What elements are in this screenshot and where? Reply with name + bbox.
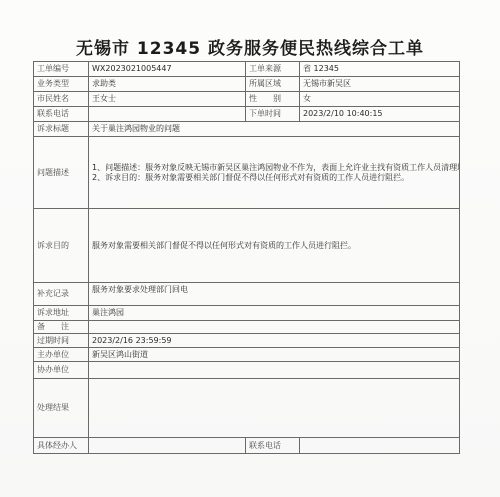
value-lead-unit: 新吴区鸿山街道 bbox=[89, 348, 460, 362]
value-processing-result bbox=[89, 379, 460, 438]
value-assisting-unit bbox=[89, 362, 460, 379]
label-assisting-unit: 协办单位 bbox=[34, 362, 89, 379]
row-remarks: 备 注 bbox=[34, 321, 460, 334]
label-citizen-name: 市民姓名 bbox=[34, 92, 89, 107]
label-order-source: 工单来源 bbox=[246, 62, 300, 77]
value-order-time: 2023/2/10 10:40:15 bbox=[300, 107, 460, 122]
value-handler bbox=[89, 438, 246, 454]
document-title: 无锡市 12345 政务服务便民热线综合工单 bbox=[0, 34, 500, 59]
label-lead-unit: 主办单位 bbox=[34, 348, 89, 362]
row-citizen-name: 市民姓名 王女士 性 别 女 bbox=[34, 92, 460, 107]
label-gender: 性 别 bbox=[246, 92, 300, 107]
problem-description-line-2: 2、诉求目的：服务对象需要相关部门督促不得以任何形式对有资质的工作人员进行阻拦。 bbox=[92, 173, 456, 183]
value-contact-phone bbox=[89, 107, 246, 122]
value-supplementary-record: 服务对象要求处理部门回电 bbox=[89, 283, 460, 306]
scanned-page: 无锡市 12345 政务服务便民热线综合工单 工单编号 WX2023021005… bbox=[0, 0, 500, 497]
value-business-type: 求助类 bbox=[89, 77, 246, 92]
row-problem-description: 问题描述 1、问题描述：服务对象反映无锡市新吴区巢注鸿园物业不作为，表面上允许业… bbox=[34, 137, 460, 209]
value-gender: 女 bbox=[300, 92, 460, 107]
label-supplementary-record: 补充记录 bbox=[34, 283, 89, 306]
label-work-order-no: 工单编号 bbox=[34, 62, 89, 77]
row-lead-unit: 主办单位 新吴区鸿山街道 bbox=[34, 348, 460, 362]
label-appeal-location: 诉求地址 bbox=[34, 306, 89, 321]
label-appeal-title: 诉求标题 bbox=[34, 122, 89, 137]
label-deadline: 过期时间 bbox=[34, 334, 89, 348]
problem-description-line-1: 1、问题描述：服务对象反映无锡市新吴区巢注鸿园物业不作为，表面上允许业主找有资质… bbox=[92, 163, 456, 173]
value-problem-description: 1、问题描述：服务对象反映无锡市新吴区巢注鸿园物业不作为，表面上允许业主找有资质… bbox=[89, 137, 460, 209]
value-deadline: 2023/2/16 23:59:59 bbox=[89, 334, 460, 348]
row-processing-result: 处理结果 bbox=[34, 379, 460, 438]
value-work-order-no: WX2023021005447 bbox=[89, 62, 246, 77]
label-contact-phone: 联系电话 bbox=[34, 107, 89, 122]
label-district: 所属区域 bbox=[246, 77, 300, 92]
label-problem-description: 问题描述 bbox=[34, 137, 89, 209]
row-appeal-title: 诉求标题 关于巢注鸿园物业的问题 bbox=[34, 122, 460, 137]
label-order-time: 下单时间 bbox=[246, 107, 300, 122]
value-remarks bbox=[89, 321, 460, 334]
label-handler: 具体经办人 bbox=[34, 438, 89, 454]
row-appeal-location: 诉求地址 巢注鸿园 bbox=[34, 306, 460, 321]
value-appeal-location: 巢注鸿园 bbox=[89, 306, 460, 321]
row-work-order-no: 工单编号 WX2023021005447 工单来源 省 12345 bbox=[34, 62, 460, 77]
work-order-form: 工单编号 WX2023021005447 工单来源 省 12345 业务类型 求… bbox=[33, 61, 460, 454]
row-deadline: 过期时间 2023/2/16 23:59:59 bbox=[34, 334, 460, 348]
row-supplementary-record: 补充记录 服务对象要求处理部门回电 bbox=[34, 283, 460, 306]
row-appeal-purpose: 诉求目的 服务对象需要相关部门督促不得以任何形式对有资质的工作人员进行阻拦。 bbox=[34, 209, 460, 283]
row-assisting-unit: 协办单位 bbox=[34, 362, 460, 379]
label-handler-phone: 联系电话 bbox=[246, 438, 300, 454]
row-business-type: 业务类型 求助类 所属区域 无锡市新吴区 bbox=[34, 77, 460, 92]
row-contact-phone: 联系电话 下单时间 2023/2/10 10:40:15 bbox=[34, 107, 460, 122]
label-appeal-purpose: 诉求目的 bbox=[34, 209, 89, 283]
row-handler: 具体经办人 联系电话 bbox=[34, 438, 460, 454]
value-appeal-purpose: 服务对象需要相关部门督促不得以任何形式对有资质的工作人员进行阻拦。 bbox=[89, 209, 460, 283]
value-handler-phone bbox=[300, 438, 460, 454]
label-processing-result: 处理结果 bbox=[34, 379, 89, 438]
value-citizen-name: 王女士 bbox=[89, 92, 246, 107]
value-district: 无锡市新吴区 bbox=[300, 77, 460, 92]
value-order-source: 省 12345 bbox=[300, 62, 460, 77]
label-business-type: 业务类型 bbox=[34, 77, 89, 92]
value-appeal-title: 关于巢注鸿园物业的问题 bbox=[89, 122, 460, 137]
label-remarks: 备 注 bbox=[34, 321, 89, 334]
